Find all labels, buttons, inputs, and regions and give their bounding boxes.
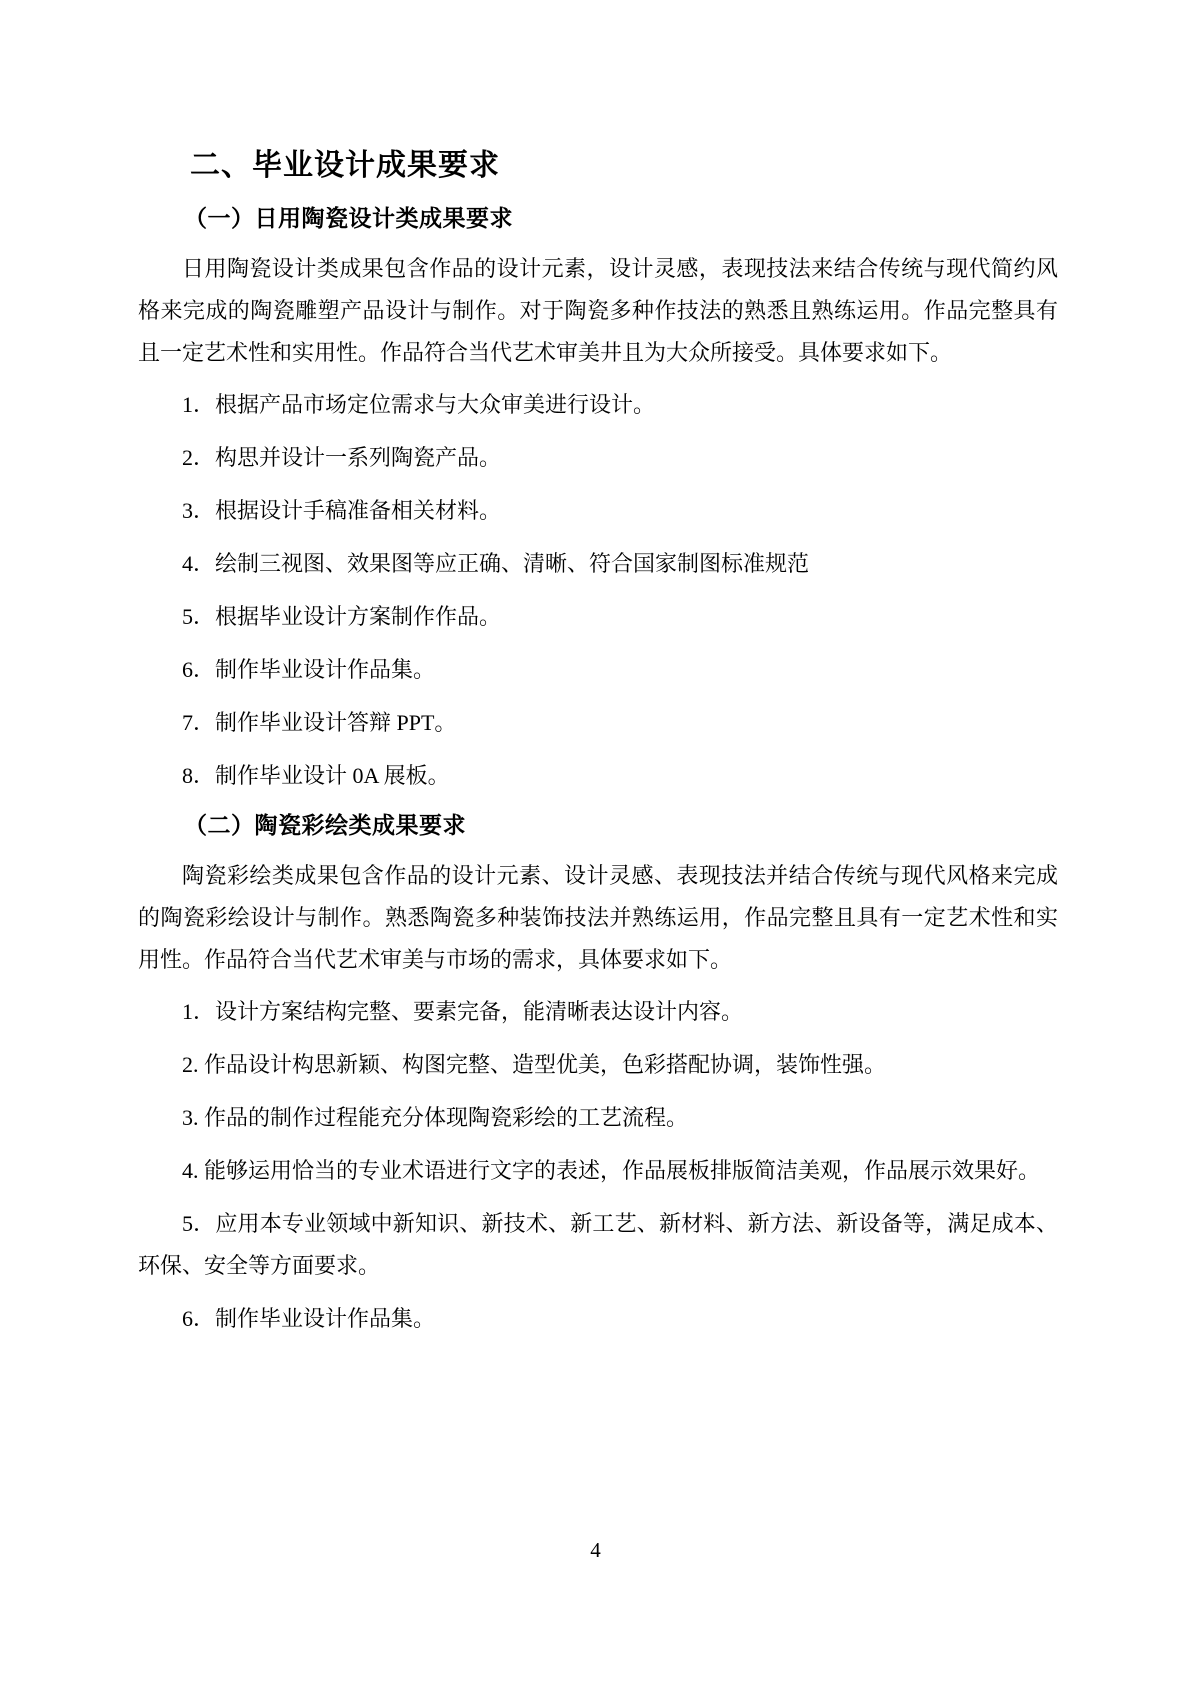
section-2-list-item-3: 3. 作品的制作过程能充分体现陶瓷彩绘的工艺流程。 <box>138 1097 1058 1139</box>
page-number: 4 <box>0 1536 1191 1564</box>
section-2-list-item-5: 5．应用本专业领域中新知识、新技术、新工艺、新材料、新方法、新设备等，满足成本、… <box>138 1203 1058 1287</box>
section-1-list-item-8: 8．制作毕业设计 0A 展板。 <box>138 755 1058 797</box>
section-2-list-item-4: 4. 能够运用恰当的专业术语进行文字的表述，作品展板排版简洁美观，作品展示效果好… <box>138 1150 1058 1192</box>
section-2-list-item-1: 1．设计方案结构完整、要素完备，能清晰表达设计内容。 <box>138 991 1058 1033</box>
section-1-list-item-1: 1．根据产品市场定位需求与大众审美进行设计。 <box>138 384 1058 426</box>
section-2-list-item-6: 6．制作毕业设计作品集。 <box>138 1298 1058 1340</box>
section-2-intro-paragraph: 陶瓷彩绘类成果包含作品的设计元素、设计灵感、表现技法并结合传统与现代风格来完成的… <box>138 855 1058 981</box>
section-1-list-item-5: 5．根据毕业设计方案制作作品。 <box>138 596 1058 638</box>
section-1-list-item-4: 4．绘制三视图、效果图等应正确、清晰、符合国家制图标准规范 <box>138 543 1058 585</box>
section-1-heading: （一）日用陶瓷设计类成果要求 <box>138 201 1058 235</box>
document-page: 二、毕业设计成果要求 （一）日用陶瓷设计类成果要求 日用陶瓷设计类成果包含作品的… <box>0 0 1191 1684</box>
section-1-list-item-3: 3．根据设计手稿准备相关材料。 <box>138 490 1058 532</box>
section-1-list-item-2: 2．构思并设计一系列陶瓷产品。 <box>138 437 1058 479</box>
section-1-intro-paragraph: 日用陶瓷设计类成果包含作品的设计元素，设计灵感，表现技法来结合传统与现代简约风格… <box>138 248 1058 374</box>
section-2-list-item-2: 2. 作品设计构思新颖、构图完整、造型优美，色彩搭配协调，装饰性强。 <box>138 1044 1058 1086</box>
section-1-list-item-6: 6．制作毕业设计作品集。 <box>138 649 1058 691</box>
section-1-list-item-7: 7．制作毕业设计答辩 PPT。 <box>138 702 1058 744</box>
document-heading: 二、毕业设计成果要求 <box>138 146 1058 186</box>
section-2-heading: （二）陶瓷彩绘类成果要求 <box>138 808 1058 842</box>
